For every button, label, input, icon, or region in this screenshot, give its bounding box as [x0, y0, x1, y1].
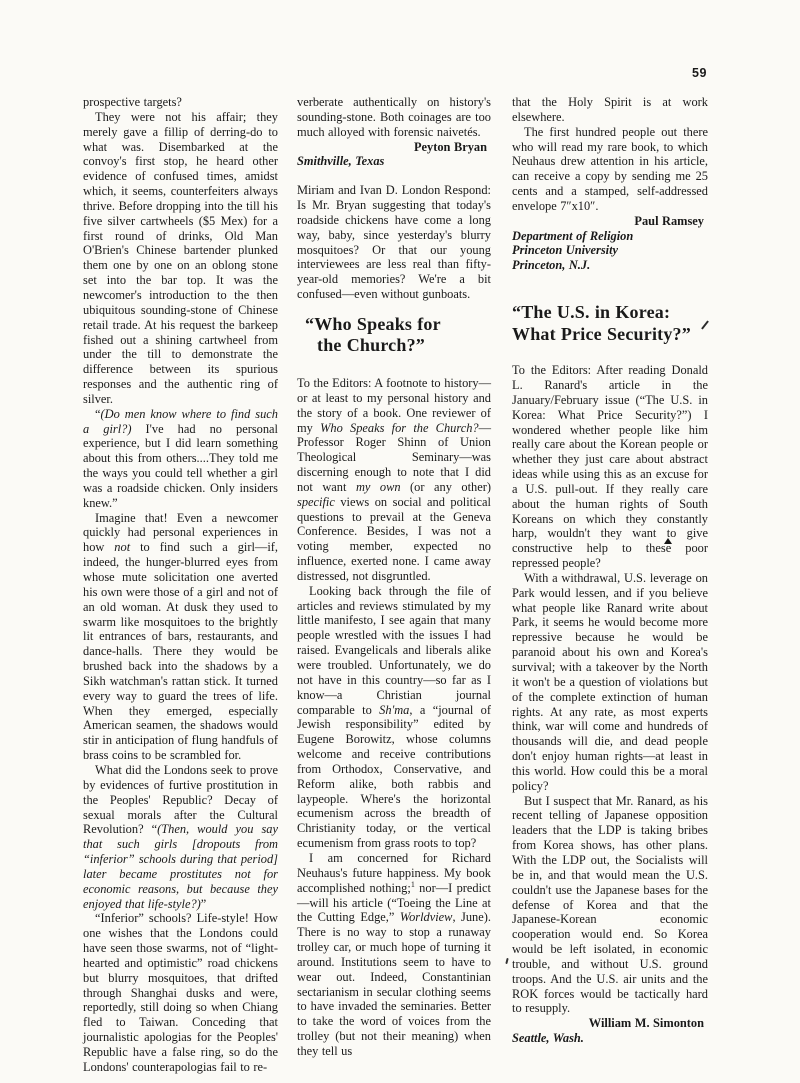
paragraph: With a withdrawal, U.S. leverage on Park… [512, 571, 708, 794]
paragraph: I am concerned for Richard Neuhaus's fut… [297, 851, 491, 1059]
paragraph: “(Do men know where to find such a girl?… [83, 407, 278, 511]
signature-address: Seattle, Wash. [512, 1031, 708, 1046]
paragraph: that the Holy Spirit is at work elsewher… [512, 95, 708, 125]
signature-address: Department of Religion [512, 229, 708, 244]
scan-artifact-speck [505, 958, 508, 964]
text-column-2: verberate authentically on history's sou… [297, 95, 491, 1059]
signature-address: Princeton University [512, 243, 708, 258]
text-column-3: that the Holy Spirit is at work elsewher… [512, 95, 708, 1046]
paragraph: Looking back through the file of article… [297, 584, 491, 851]
paragraph: What did the Londons seek to prove by ev… [83, 763, 278, 911]
section-headline: “The U.S. in Korea:What Price Security?” [512, 302, 708, 345]
signature-address: Smithville, Texas [297, 154, 491, 169]
page-number: 59 [692, 66, 707, 80]
paragraph: Miriam and Ivan D. London Respond: Is Mr… [297, 183, 491, 302]
paragraph: prospective targets? [83, 95, 278, 110]
text-column-1: prospective targets?They were not his af… [83, 95, 278, 1075]
signature-address: Princeton, N.J. [512, 258, 708, 273]
signature-name: Peyton Bryan [297, 140, 491, 155]
paragraph: The first hundred people out there who w… [512, 125, 708, 214]
paragraph: But I suspect that Mr. Ranard, as his re… [512, 794, 708, 1017]
scan-artifact-triangle [664, 538, 672, 544]
paragraph: To the Editors: After reading Donald L. … [512, 363, 708, 571]
paragraph: verberate authentically on history's sou… [297, 95, 491, 140]
section-headline: “Who Speaks forthe Church?” [297, 314, 491, 357]
paragraph: “Inferior” schools? Life-style! How one … [83, 911, 278, 1074]
paragraph: To the Editors: A footnote to history—or… [297, 376, 491, 584]
paragraph: They were not his affair; they merely ga… [83, 110, 278, 407]
signature-name: William M. Simonton [512, 1016, 708, 1031]
paragraph: Imagine that! Even a newcomer quickly ha… [83, 511, 278, 763]
signature-name: Paul Ramsey [512, 214, 708, 229]
